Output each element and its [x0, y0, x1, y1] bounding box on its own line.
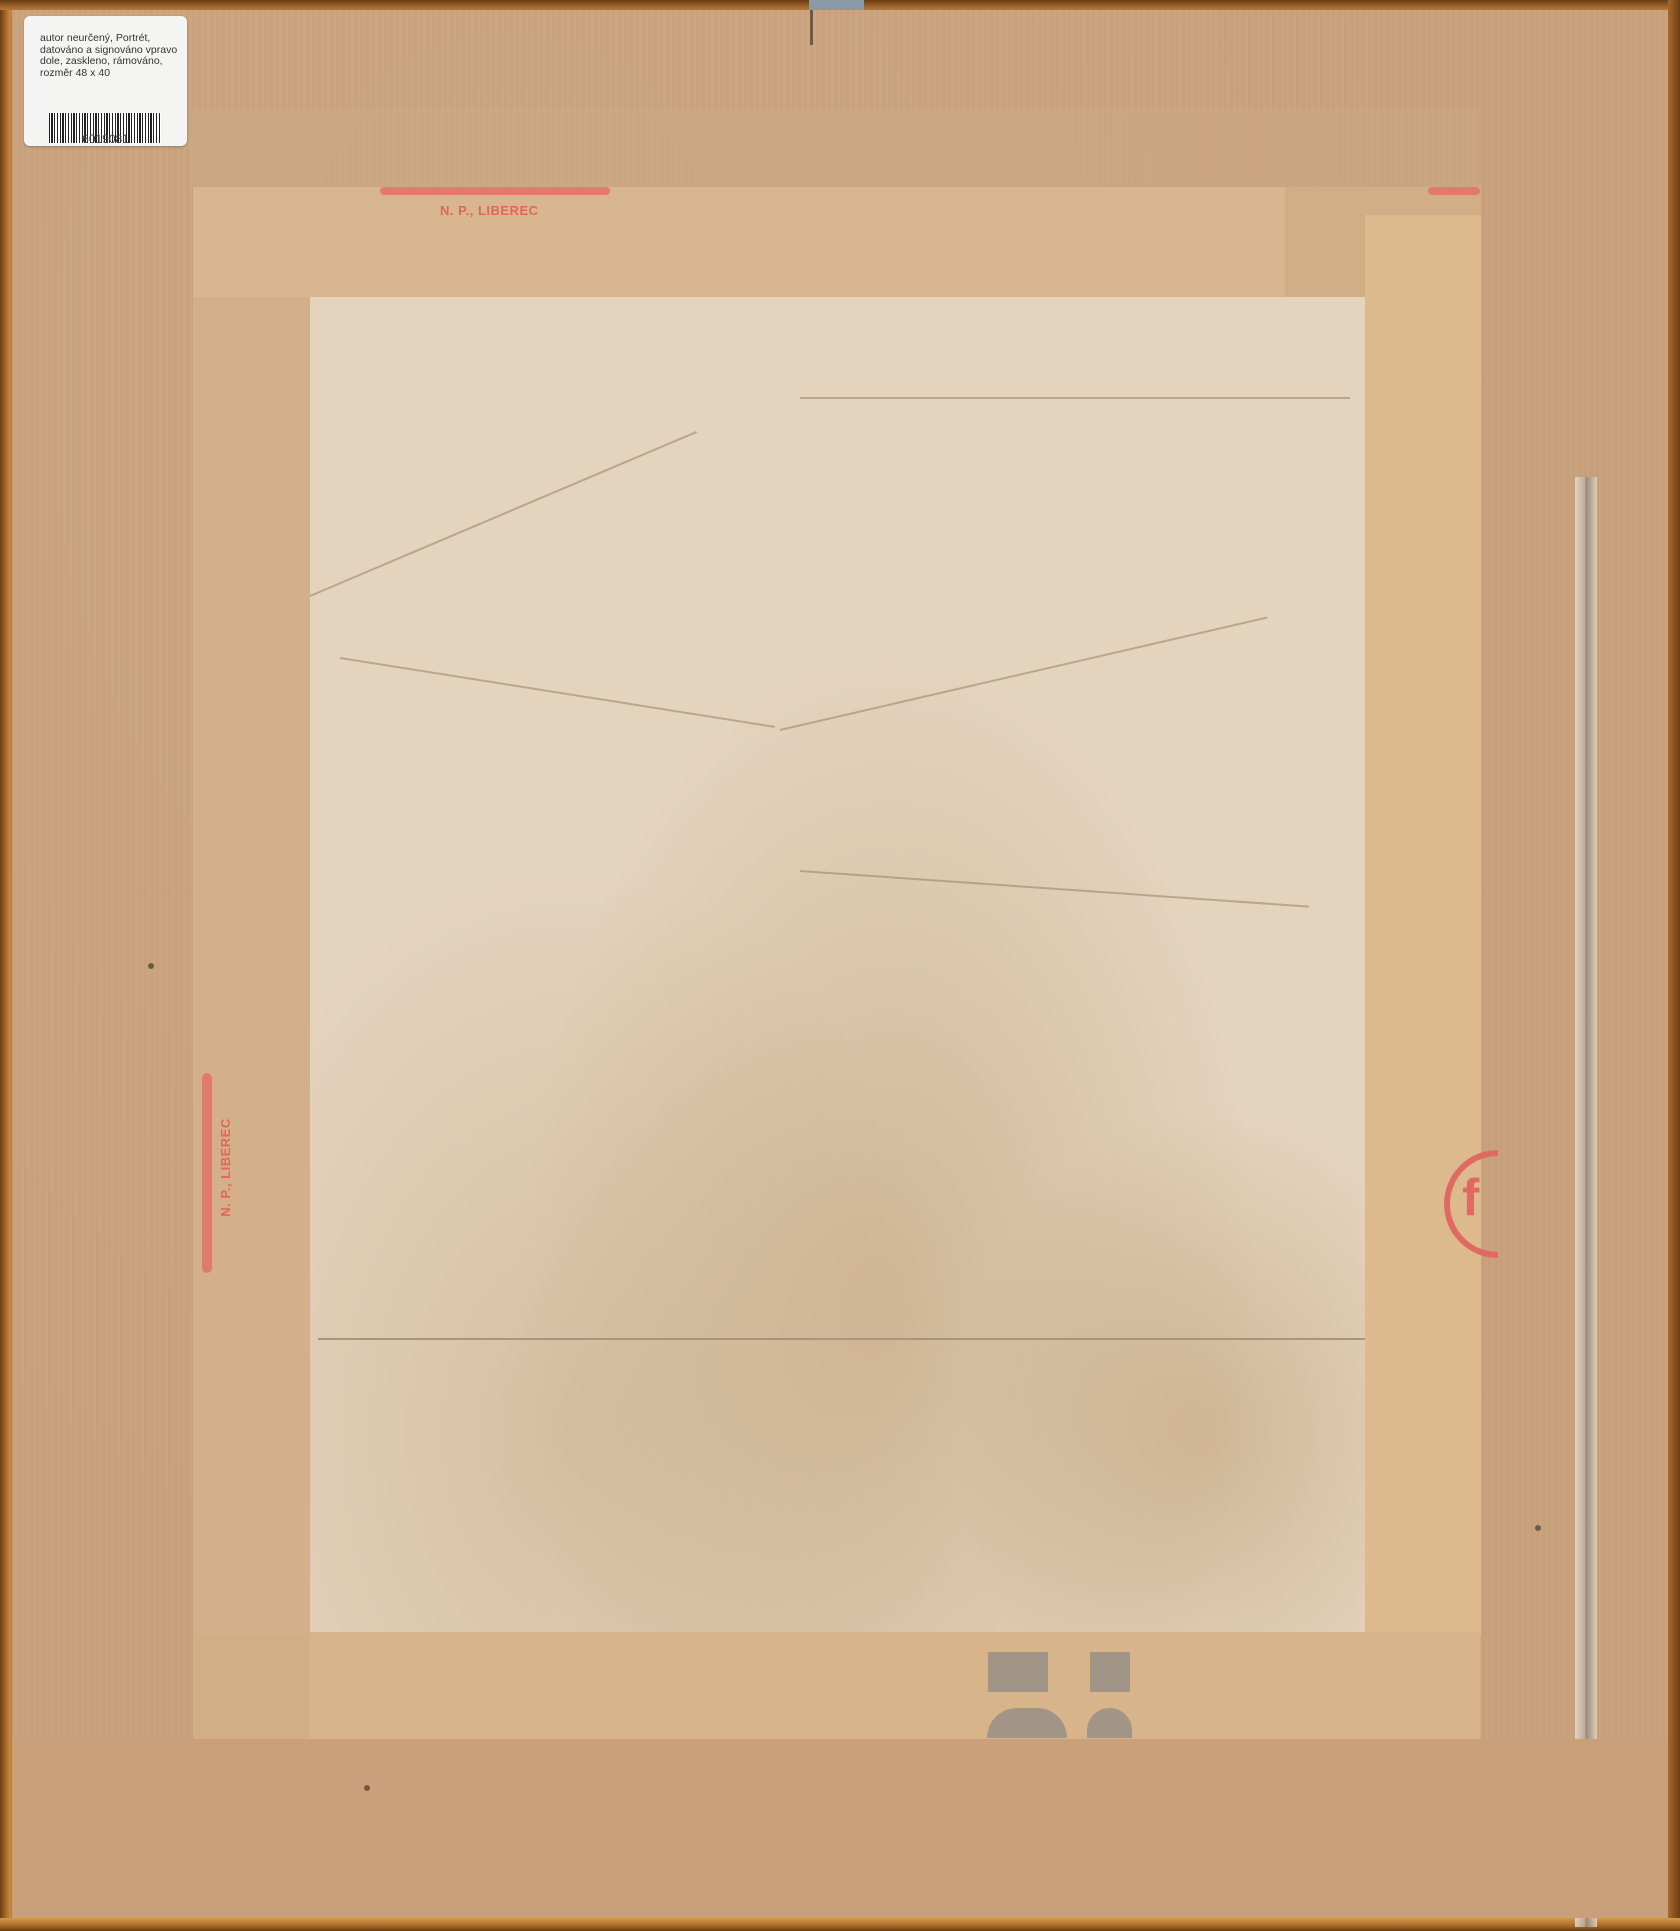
- nail-head: [364, 1785, 370, 1791]
- stamp-symbol: f: [1462, 1172, 1479, 1224]
- paper-fold-line: [318, 1338, 1365, 1340]
- tape-strip-left: [193, 297, 310, 1637]
- bottom-tape-band: [12, 1739, 1668, 1918]
- stamp-text-top: N. P., LIBEREC: [440, 203, 539, 218]
- tape-strip-top: [193, 187, 1285, 297]
- paper-crease: [800, 870, 1309, 908]
- frame-bottom-edge: [0, 1918, 1680, 1931]
- catalog-label: autor neurčený, Portrét, datováno a sign…: [24, 16, 187, 146]
- red-stamp-line: [380, 187, 610, 195]
- hanger-bracket: [809, 0, 864, 10]
- tape-strip-right: [1365, 215, 1481, 1635]
- stamp-text-left: N. P., LIBEREC: [218, 1118, 233, 1217]
- nail-head: [1535, 1525, 1541, 1531]
- paper-crease: [800, 397, 1350, 399]
- tape-strip-bottom: [310, 1632, 1480, 1739]
- paper-crease: [780, 617, 1268, 731]
- top-tape-band: [190, 108, 1480, 188]
- paper-seam: [1575, 477, 1597, 1927]
- label-description: autor neurčený, Portrét, datováno a sign…: [40, 33, 180, 79]
- frame-right-edge: [1668, 0, 1680, 1931]
- barcode-number: 6019081: [24, 132, 187, 146]
- aged-paper-sheet: [310, 297, 1365, 1632]
- paper-crease: [340, 657, 775, 728]
- paper-crease: [310, 431, 697, 597]
- red-stamp-line: [1428, 187, 1480, 195]
- gray-ink-stamp: [1090, 1652, 1130, 1692]
- nail-head: [148, 963, 154, 969]
- gray-ink-stamp: [988, 1652, 1048, 1692]
- hanger-pin: [810, 10, 813, 45]
- red-stamp-line: [202, 1073, 212, 1273]
